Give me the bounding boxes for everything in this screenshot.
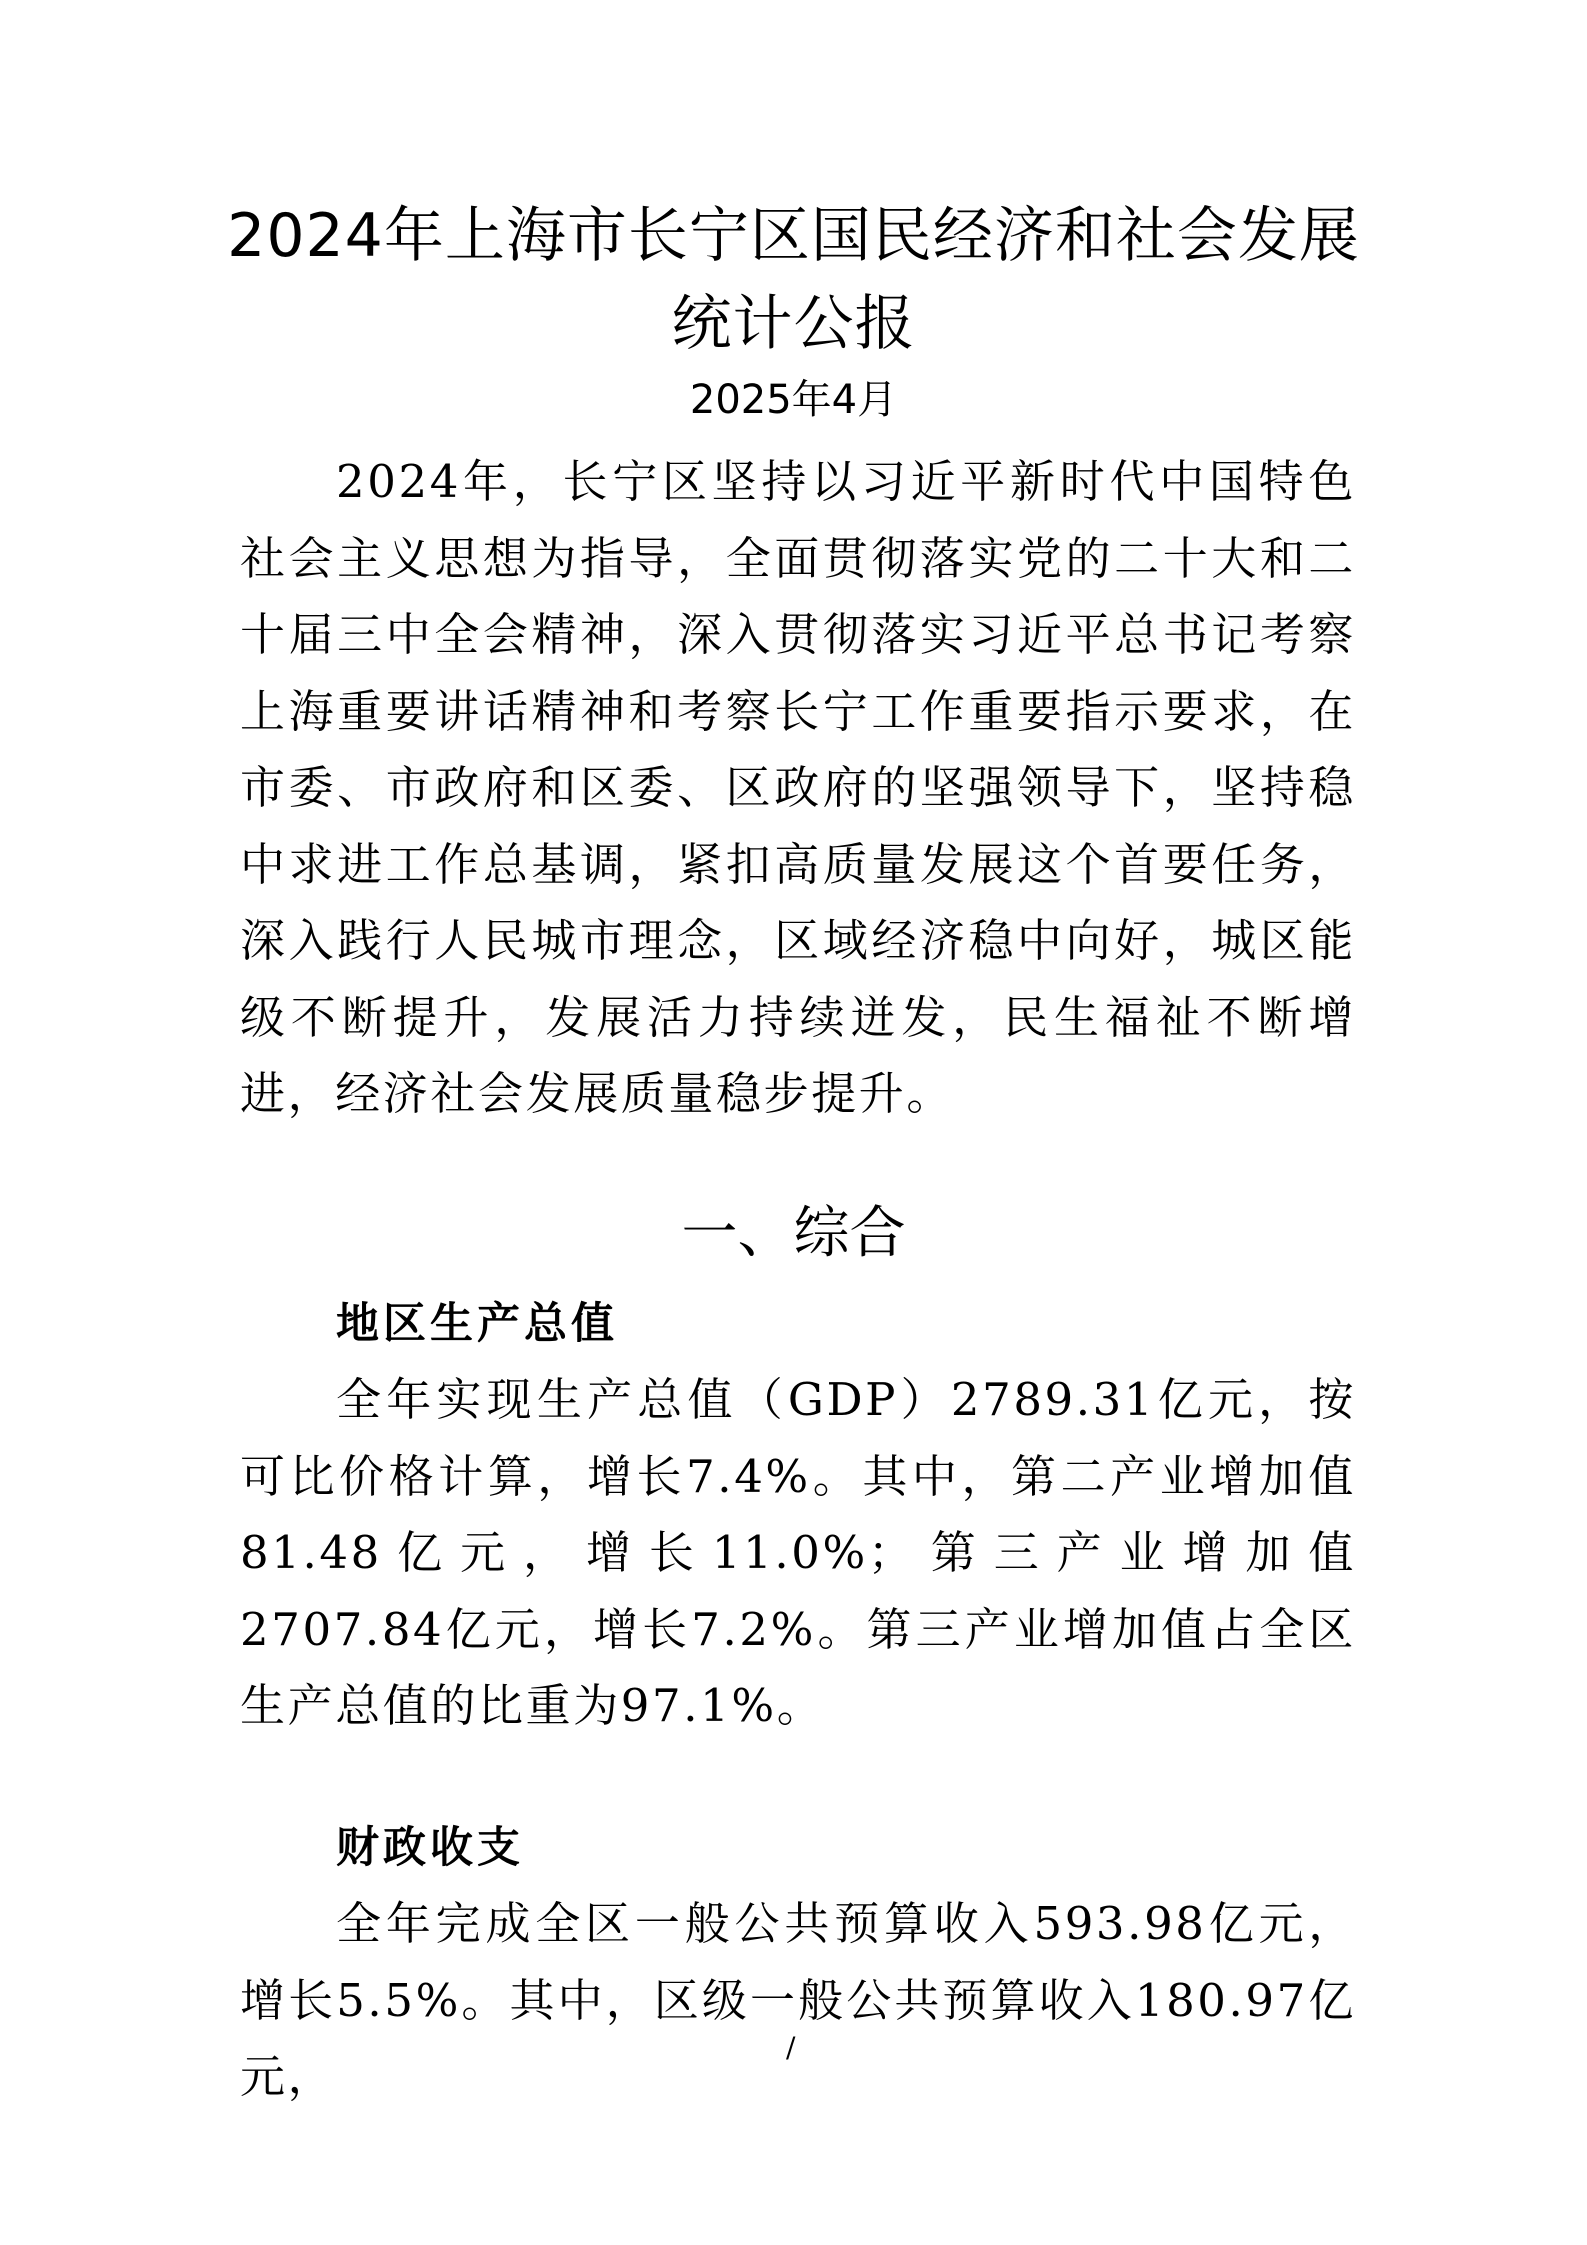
section-heading-general: 一、综合 bbox=[200, 1196, 1387, 1272]
gdp-paragraph: 全年实现生产总值（GDP）2789.31亿元，按可比价格计算，增长7.4%。其中… bbox=[240, 1362, 1356, 1745]
document-title: 2024年上海市长宁区国民经济和社会发展统计公报 bbox=[200, 192, 1387, 368]
publication-date: 2025年4月 bbox=[200, 372, 1387, 428]
page-number-mark: / bbox=[786, 2030, 795, 2066]
subsection-heading-fiscal: 财政收支 bbox=[336, 1818, 524, 1878]
intro-paragraph: 2024年，长宁区坚持以习近平新时代中国特色社会主义思想为指导，全面贯彻落实党的… bbox=[240, 444, 1356, 1133]
fiscal-paragraph: 全年完成全区一般公共预算收入593.98亿元，增长5.5%。其中，区级一般公共预… bbox=[240, 1886, 1356, 2116]
document-page: 2024年上海市长宁区国民经济和社会发展统计公报 2025年4月 2024年，长… bbox=[0, 0, 1587, 2245]
subsection-heading-gdp: 地区生产总值 bbox=[336, 1294, 618, 1354]
